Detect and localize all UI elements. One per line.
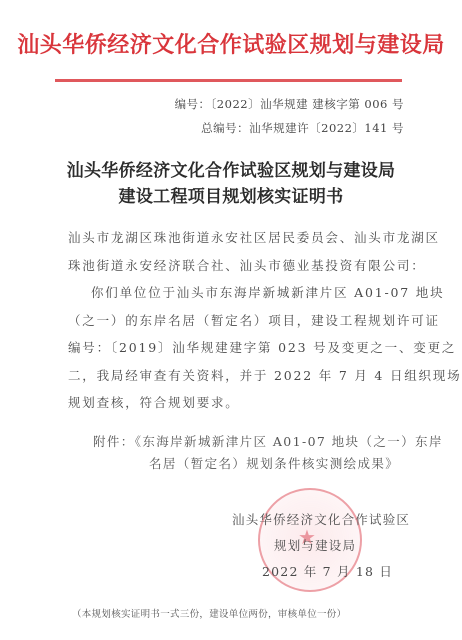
- letterhead-divider: [55, 79, 402, 82]
- general-number: 总编号：汕华规建许〔2022〕141 号: [201, 120, 404, 136]
- body-paragraph-line: 你们单位位于汕头市东海岸新城新津片区 A01-07 地块: [91, 283, 444, 301]
- body-paragraph-line: 规划查核，符合规划要求。: [68, 393, 240, 411]
- body-paragraph-line: （之一）的东岸名居（暂定名）项目，建设工程规划许可证: [68, 311, 440, 329]
- signature-date: 2022 年 7 月 18 日: [262, 562, 393, 580]
- addressee-line: 汕头市龙湖区珠池街道永安社区居民委员会、汕头市龙湖区: [68, 228, 440, 246]
- addressee-line: 珠池街道永安经济联合社、汕头市德业基投资有限公司：: [68, 256, 426, 274]
- issuer-letterhead: 汕头华侨经济文化合作试验区规划与建设局: [0, 28, 462, 59]
- document-title-line2: 建设工程项目规划核实证明书: [0, 182, 462, 207]
- copies-footnote: （本规划核实证明书一式三份，建设单位两份，审核单位一份）: [72, 606, 346, 620]
- body-paragraph-line: 编号：〔2019〕汕华规建建字第 023 号及变更之一、变更之: [68, 338, 456, 356]
- document-number: 编号：〔2022〕汕华规建 建核字第 006 号: [175, 96, 404, 112]
- signature-org-line1: 汕头华侨经济文化合作试验区: [232, 510, 410, 528]
- body-paragraph-line: 二，我局经审查有关资料，并于 2022 年 7 月 4 日组织现场: [68, 366, 461, 384]
- attachment-line: 名居（暂定名）规划条件核实测绘成果》: [149, 454, 399, 472]
- document-title-line1: 汕头华侨经济文化合作试验区规划与建设局: [0, 156, 462, 181]
- attachment-line: 附件：《东海岸新城新津片区 A01-07 地块（之一）东岸: [93, 432, 443, 450]
- signature-org-line2: 规划与建设局: [274, 536, 356, 554]
